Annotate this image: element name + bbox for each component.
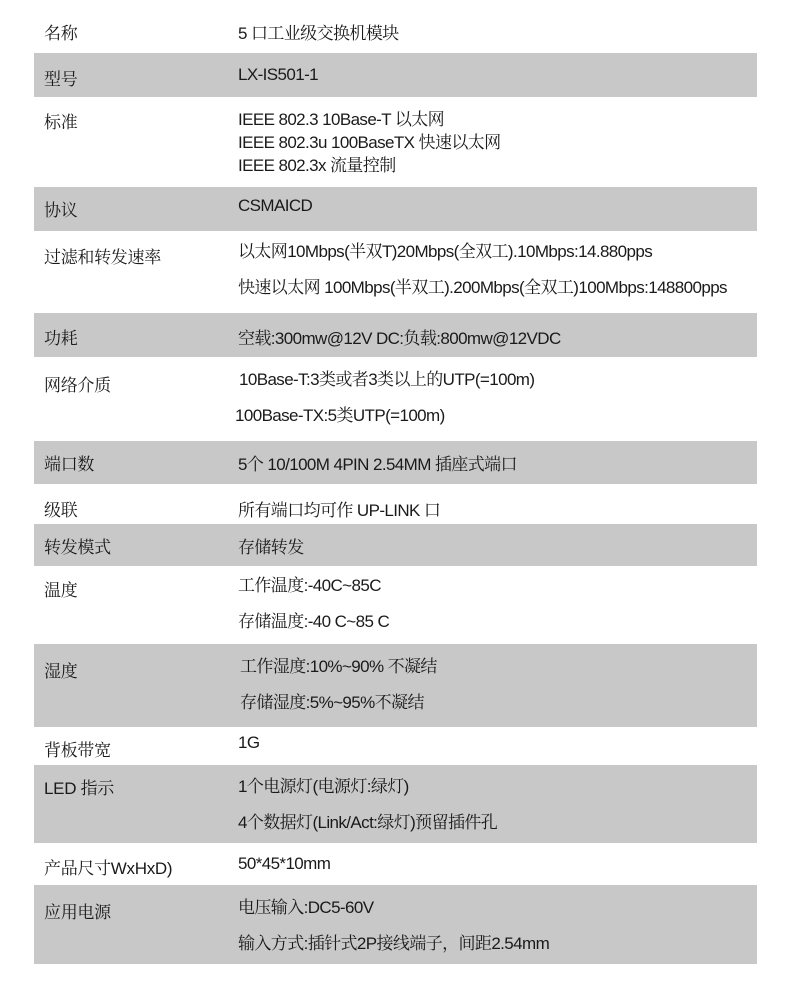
spec-label: 名称 xyxy=(34,0,231,53)
spec-value: IEEE 802.3 10Base-T 以太网 IEEE 802.3u 100B… xyxy=(231,97,757,187)
spec-label: 湿度 xyxy=(34,644,231,727)
spec-row-filter-forward-rate: 过滤和转发速率 以太网10Mbps(半双T)20Mbps(全双工).10Mbps… xyxy=(34,231,757,313)
spec-label: 协议 xyxy=(34,187,231,231)
spec-value: 电压输入:DC5-60V 输入方式:插针式2P接线端子，间距2.54mm xyxy=(231,885,757,964)
spec-label: 应用电源 xyxy=(34,885,231,964)
spec-label: LED 指示 xyxy=(34,765,231,843)
spec-label: 转发模式 xyxy=(34,524,231,566)
spec-value: 存储转发 xyxy=(231,524,757,566)
spec-value: 工作湿度:10%~90% 不凝结 存储湿度:5%~95%不凝结 xyxy=(231,644,757,727)
spec-row-standard: 标准 IEEE 802.3 10Base-T 以太网 IEEE 802.3u 1… xyxy=(34,97,757,187)
spec-row-temperature: 温度 工作温度:-40C~85C 存储温度:-40 C~85 C xyxy=(34,566,757,644)
spec-row-cascade: 级联 所有端口均可作 UP-LINK 口 xyxy=(34,484,757,524)
spec-value: 5 口工业级交换机模块 xyxy=(231,0,757,53)
spec-row-model: 型号 LX-IS501-1 xyxy=(34,53,757,97)
spec-value: 空载:300mw@12V DC:负载:800mw@12VDC xyxy=(231,313,757,357)
spec-value: 1个电源灯(电源灯:绿灯) 4个数据灯(Link/Act:绿灯)预留插件孔 xyxy=(231,765,757,843)
spec-value: 5个 10/100M 4PIN 2.54MM 插座式端口 xyxy=(231,441,757,484)
spec-label: 功耗 xyxy=(34,313,231,357)
spec-row-dimensions: 产品尺寸WxHxD) 50*45*10mm xyxy=(34,843,757,885)
spec-row-led-indicators: LED 指示 1个电源灯(电源灯:绿灯) 4个数据灯(Link/Act:绿灯)预… xyxy=(34,765,757,843)
spec-row-power-supply: 应用电源 电压输入:DC5-60V 输入方式:插针式2P接线端子，间距2.54m… xyxy=(34,885,757,964)
spec-row-power-consumption: 功耗 空载:300mw@12V DC:负载:800mw@12VDC xyxy=(34,313,757,357)
spec-value: 所有端口均可作 UP-LINK 口 xyxy=(231,484,757,524)
spec-row-port-count: 端口数 5个 10/100M 4PIN 2.54MM 插座式端口 xyxy=(34,441,757,484)
spec-label: 级联 xyxy=(34,484,231,524)
spec-row-backplane-bandwidth: 背板带宽 1G xyxy=(34,727,757,765)
spec-label: 网络介质 xyxy=(34,357,231,441)
spec-value: 50*45*10mm xyxy=(231,843,757,885)
spec-value: 1G xyxy=(231,727,757,765)
spec-label: 温度 xyxy=(34,566,231,644)
spec-label: 型号 xyxy=(34,53,231,97)
spec-label: 过滤和转发速率 xyxy=(34,231,231,313)
spec-label: 标准 xyxy=(34,97,231,187)
spec-label: 背板带宽 xyxy=(34,727,231,765)
spec-row-name: 名称 5 口工业级交换机模块 xyxy=(34,0,757,53)
spec-label: 产品尺寸WxHxD) xyxy=(34,843,231,885)
spec-value: 工作温度:-40C~85C 存储温度:-40 C~85 C xyxy=(231,566,757,644)
spec-table: 名称 5 口工业级交换机模块 型号 LX-IS501-1 标准 IEEE 802… xyxy=(34,0,757,964)
spec-row-forward-mode: 转发模式 存储转发 xyxy=(34,524,757,566)
spec-row-network-media: 网络介质 10Base-T:3类或者3类以上的UTP(=100m) 100Bas… xyxy=(34,357,757,441)
spec-label: 端口数 xyxy=(34,441,231,484)
spec-value: LX-IS501-1 xyxy=(231,53,757,97)
spec-value: 以太网10Mbps(半双T)20Mbps(全双工).10Mbps:14.880p… xyxy=(231,222,757,313)
spec-row-humidity: 湿度 工作湿度:10%~90% 不凝结 存储湿度:5%~95%不凝结 xyxy=(34,644,757,727)
spec-value: 10Base-T:3类或者3类以上的UTP(=100m) 100Base-TX:… xyxy=(231,357,757,441)
